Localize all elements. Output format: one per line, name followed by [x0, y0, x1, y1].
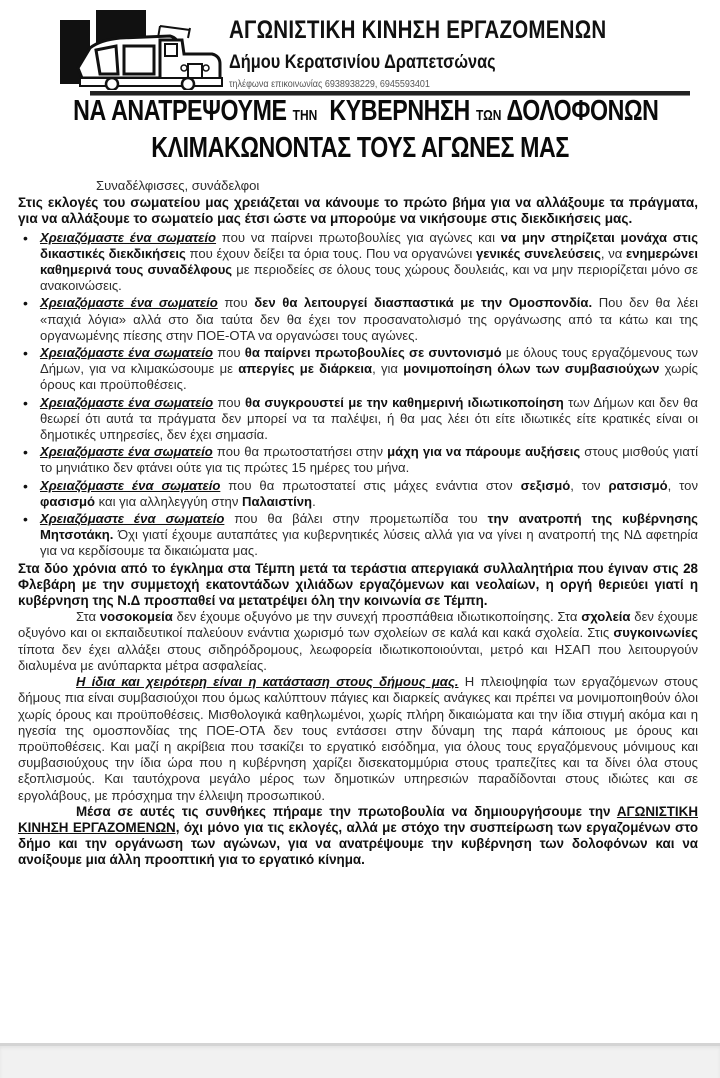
headline-segment: ΤΩΝ — [476, 107, 501, 124]
tempi-paragraph: Στα δύο χρόνια από το έγκλημα στα Τέμπη … — [18, 561, 698, 610]
bullet-lead: Χρειαζόμαστε ένα σωματείο — [40, 230, 216, 245]
bullet-lead: Χρειαζόμαστε ένα σωματείο — [40, 345, 213, 360]
headline-segment: ΝΑ ΑΝΑΤΡΕΨΟΥΜΕ — [73, 95, 286, 127]
flyer-page: ΑΓΩΝΙΣΤΙΚΗ ΚΙΝΗΣΗ ΕΡΓΑΖΟΜΕΝΩΝ Δήμου Κερα… — [0, 0, 720, 1040]
viewer-bottom-bar — [0, 1043, 720, 1078]
intro-paragraph: Στις εκλογές του σωματείου μας χρειάζετα… — [18, 195, 698, 227]
garbage-truck-icon — [60, 8, 230, 90]
list-item: Χρειαζόμαστε ένα σωματείο που να παίρνει… — [40, 230, 698, 295]
contact-phones: τηλέφωνα επικοινωνίας 6938938229, 694559… — [229, 79, 430, 90]
list-item: Χρειαζόμαστε ένα σωματείο που θα πρωτοστ… — [40, 444, 698, 476]
list-item: Χρειαζόμαστε ένα σωματείο που θα πρωτοστ… — [40, 478, 698, 510]
org-subtitle: Δήμου Κερατσινίου Δραπετσώνας — [229, 52, 496, 74]
demands-list: Χρειαζόμαστε ένα σωματείο που να παίρνει… — [18, 230, 698, 560]
flyer-header: ΑΓΩΝΙΣΤΙΚΗ ΚΙΝΗΣΗ ΕΡΓΑΖΟΜΕΝΩΝ Δήμου Κερα… — [60, 8, 675, 92]
bullet-lead: Χρειαζόμαστε ένα σωματείο — [40, 478, 220, 493]
bullet-lead: Χρειαζόμαστε ένα σωματείο — [40, 295, 218, 310]
flyer-body: Συναδέλφισσες, συνάδελφοι Στις εκλογές τ… — [18, 178, 698, 869]
municipal-paragraph: Η ίδια και χειρότερη είναι η κατάσταση σ… — [18, 674, 698, 804]
headline-segment: ΔΟΛΟΦΟΝΩΝ — [507, 95, 659, 127]
list-item: Χρειαζόμαστε ένα σωματείο που θα βάλει σ… — [40, 511, 698, 560]
headline-line-2: ΚΛΙΜΑΚΩΝΟΝΤΑΣ ΤΟΥΣ ΑΓΩΝΕΣ ΜΑΣ — [0, 132, 720, 165]
closing-paragraph: Μέσα σε αυτές τις συνθήκες πήραμε την πρ… — [18, 804, 698, 869]
salutation: Συναδέλφισσες, συνάδελφοι — [18, 178, 698, 194]
bullet-lead: Χρειαζόμαστε ένα σωματείο — [40, 395, 213, 410]
headline-segment: ΤΗΝ — [293, 107, 318, 124]
headline-segment: ΚΥΒΕΡΝΗΣΗ — [329, 95, 470, 127]
public-services-paragraph: Στα νοσοκομεία δεν έχουμε οξυγόνο με την… — [18, 609, 698, 674]
headline-text: ΚΛΙΜΑΚΩΝΟΝΤΑΣ ΤΟΥΣ ΑΓΩΝΕΣ ΜΑΣ — [151, 132, 569, 165]
bullet-lead: Χρειαζόμαστε ένα σωματείο — [40, 444, 213, 459]
headline-line-1: ΝΑ ΑΝΑΤΡΕΨΟΥΜΕ ΤΗΝ ΚΥΒΕΡΝΗΣΗ ΤΩΝ ΔΟΛΟΦΟΝ… — [0, 95, 720, 128]
org-title: ΑΓΩΝΙΣΤΙΚΗ ΚΙΝΗΣΗ ΕΡΓΑΖΟΜΕΝΩΝ — [229, 16, 606, 45]
bullet-lead: Χρειαζόμαστε ένα σωματείο — [40, 511, 224, 526]
list-item: Χρειαζόμαστε ένα σωματείο που δεν θα λει… — [40, 295, 698, 344]
list-item: Χρειαζόμαστε ένα σωματείο που θα παίρνει… — [40, 345, 698, 394]
list-item: Χρειαζόμαστε ένα σωματείο που θα συγκρου… — [40, 395, 698, 444]
